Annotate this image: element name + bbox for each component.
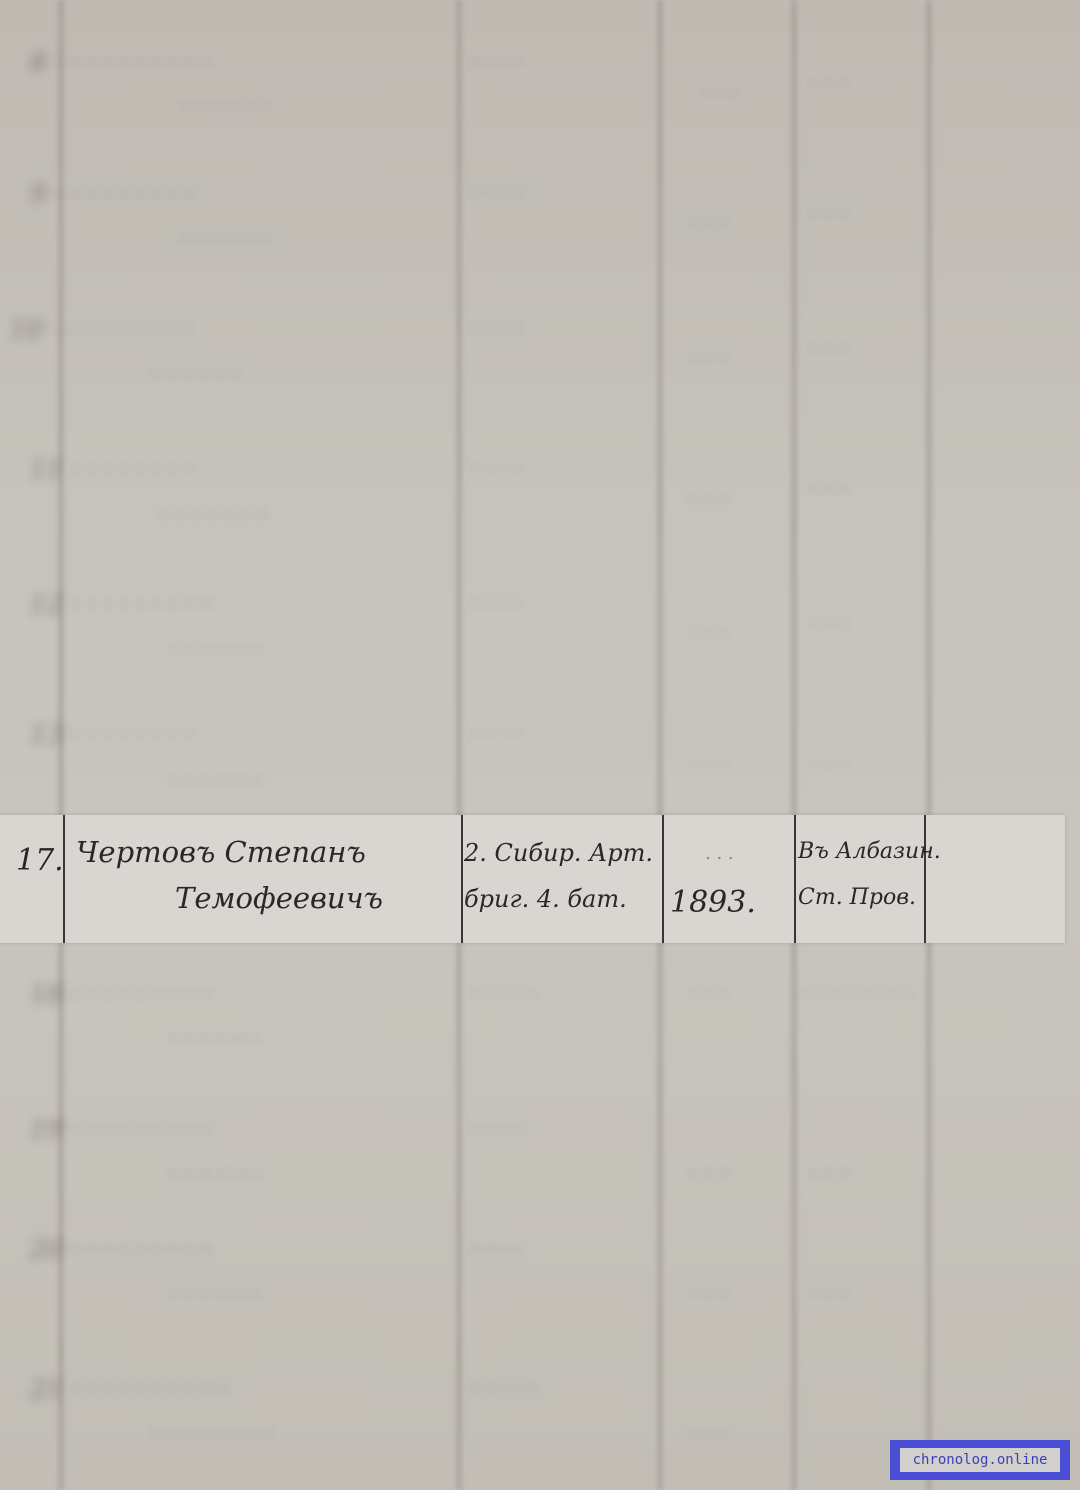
register-page: 8 · · · · · · · · · · · · · · · · · · · … [0, 0, 1080, 1490]
column-divider [461, 815, 463, 943]
blurred-row: 12 · · · · · · · · · · · · · · · · · · ·… [0, 580, 1080, 690]
column-divider [662, 815, 664, 943]
record-surname-given-name: Чертовъ Степанъ [76, 835, 366, 869]
watermark-text: chronolog.online [900, 1448, 1060, 1472]
blurred-row: 8 · · · · · · · · · · · · · · · · · · · … [0, 40, 1080, 150]
blurred-row: 10 · · · · · · · · · · · · · · · · · · ·… [0, 305, 1080, 415]
record-destination-line1: Въ Албазин. [798, 839, 941, 864]
blurred-row: 18 · · · · · · · · · · · · · · · · · · ·… [0, 970, 1080, 1080]
record-unit-line1: 2. Сибир. Арт. [464, 839, 653, 867]
record-year: 1893. [670, 885, 756, 920]
record-destination-line2: Ст. Пров. [798, 885, 916, 910]
blurred-row: 13 · · · · · · · · · · · · · · · · · · ·… [0, 710, 1080, 820]
column-divider [924, 815, 926, 943]
record-year-marks: . . . [705, 843, 734, 864]
watermark-badge: chronolog.online [890, 1440, 1070, 1480]
highlighted-record-row: 17. Чертовъ Степанъ Темофеевичъ 2. Сибир… [0, 815, 1065, 943]
column-divider [63, 815, 65, 943]
record-number: 17. [16, 843, 64, 878]
blurred-row: 9 · · · · · · · · · · · · · · · · · · · … [0, 170, 1080, 280]
record-patronymic: Темофеевичъ [175, 881, 383, 915]
blurred-row: 19 · · · · · · · · · · · · · · · · · · ·… [0, 1105, 1080, 1215]
column-divider [794, 815, 796, 943]
blurred-row: 20 · · · · · · · · · · · · · · · · · · ·… [0, 1225, 1080, 1335]
record-unit-line2: бриг. 4. бат. [464, 885, 627, 913]
blurred-row: 11 · · · · · · · · · · · · · · · · · · ·… [0, 445, 1080, 555]
